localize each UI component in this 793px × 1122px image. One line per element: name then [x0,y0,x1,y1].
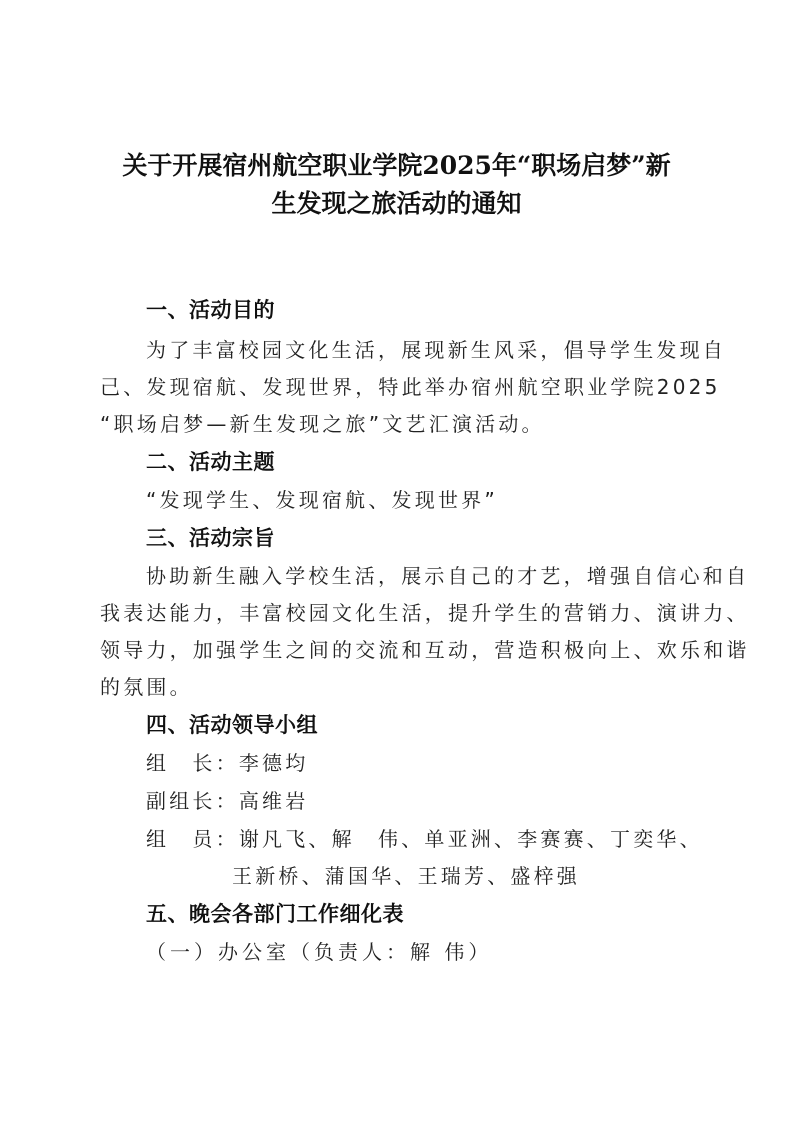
paragraph-line: 领导力，加强学生之间的交流和互动，营造积极向上、欢乐和谐 [100,638,750,662]
member-role: 副组长： [146,789,239,813]
member-row-members-continued: 王新桥、蒲国华、王瑞芳、盛梓强 [232,864,580,888]
section-heading-purpose: 一、活动目的 [146,298,275,322]
section-heading-work-breakdown: 五、晚会各部门工作细化表 [146,902,404,926]
member-names: 高维岩 [239,789,309,813]
member-role: 组 长： [146,751,239,775]
member-role: 组 员： [146,827,239,851]
document-page: 关于开展宿州航空职业学院2025年“职场启梦”新 生发现之旅活动的通知 一、活动… [0,0,793,1122]
member-names: 谢凡飞、解 伟、单亚洲、李赛赛、丁奕华、 [239,827,703,851]
section-heading-theme: 二、活动主题 [146,450,275,474]
member-names: 王新桥、蒲国华、王瑞芳、盛梓强 [232,864,580,888]
member-row-deputy: 副组长：高维岩 [146,789,308,813]
member-names: 李德均 [239,751,309,775]
paragraph-line: “职场启梦—新生发现之旅”文艺汇演活动。 [100,412,545,436]
section-heading-aim: 三、活动宗旨 [146,526,275,550]
paragraph-line: 我表达能力，丰富校园文化生活，提升学生的营销力、演讲力、 [100,601,750,625]
section-heading-leadership: 四、活动领导小组 [146,713,318,737]
paragraph-line: 协助新生融入学校生活，展示自己的才艺，增强自信心和自 [146,564,749,588]
member-row-leader: 组 长：李德均 [146,751,308,775]
member-row-members: 组 员：谢凡飞、解 伟、单亚洲、李赛赛、丁奕华、 [146,827,703,851]
paragraph-line: 为了丰富校园文化生活，展现新生风采，倡导学生发现自 [146,338,726,362]
subsection-office: （一）办公室（负责人：解 伟） [146,940,492,964]
paragraph-line: 的氛围。 [100,675,193,699]
paragraph-line: “发现学生、发现宿航、发现世界” [146,488,498,512]
document-title-line-1: 关于开展宿州航空职业学院2025年“职场启梦”新 [0,146,793,182]
document-title-line-2: 生发现之旅活动的通知 [0,184,793,220]
paragraph-line: 己、发现宿航、发现世界，特此举办宿州航空职业学院2025 [100,375,721,399]
